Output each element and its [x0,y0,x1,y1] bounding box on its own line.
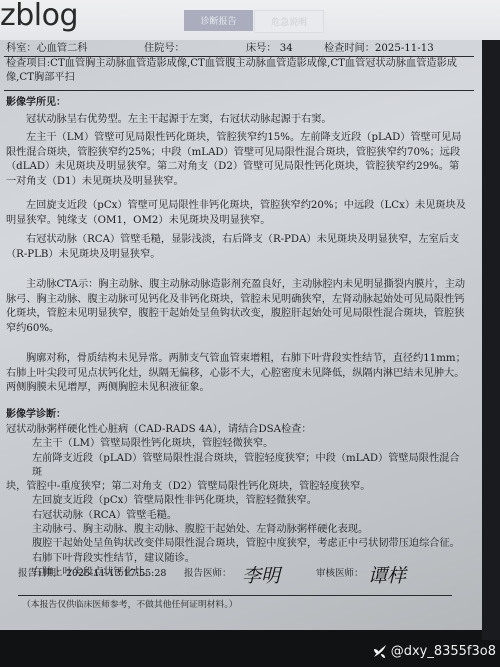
findings-title: 影像学所见： [6,96,66,110]
bed-number-field: 床号： 34 [246,42,293,56]
reviewing-physician-signature: 谭样 [368,569,406,583]
tab-diagnosis-report[interactable]: 诊断报告 [184,10,253,31]
report-date-label: 报告日期： [18,567,66,581]
diagnosis-line: 左前降支近段（pLAD）管壁局限性混合斑块，管腔轻度狭窄；中段（mLAD）管壁局… [6,452,468,481]
leaf-logo-icon [372,643,388,659]
diagnosis-line: 左主干（LM）管壁局限性钙化斑块，管腔轻微狭窄。 [6,437,468,451]
diagnosis-line: 左回旋支近段（pCx）管壁局限性非钙化斑块，管腔轻微狭窄。 [6,494,468,508]
screen-bezel [482,40,500,640]
reporting-physician-label: 报告医师： [184,567,232,581]
exam-time-field: 检查时间：2025-11-13 [324,42,434,56]
divider [4,90,474,91]
site-logo: zblog [0,0,78,33]
finding-paragraph: 主动脉CTA示：胸主动脉、腹主动脉动脉造影剂充盈良好，主动脉腔内未见明显撕裂内膜… [6,278,468,336]
finding-paragraph: 左回旋支近段（pCx）管壁可见局限性非钙化斑块，管腔狭窄约20%；中远段（LCx… [6,199,468,228]
diagnosis-line: 右肺下叶背段实性结节，建议随诊。 [6,552,468,566]
admission-number-field: 住院号： [144,42,185,56]
divider [18,595,452,596]
report-header-row: 科室：心血管二科 住院号： 床号： 34 检查时间：2025-11-13 [6,42,472,56]
watermark: @dxy_8355f3o8 [372,643,496,659]
diagnosis-line: 主动脉弓、胸主动脉、腹主动脉、腹腔干起始处、左肾动脉粥样硬化表现。 [6,523,468,537]
reviewing-physician-label: 审核医师： [316,567,364,581]
diagnosis-line: 块，管腔中-重度狭窄；第二对角支（D2）管壁局限性钙化斑块，管腔轻度狭窄。 [6,480,468,494]
finding-paragraph: 右冠状动脉（RCA）管壁毛糙，显影浅淡，右后降支（R-PDA）未见斑块及明显狭窄… [6,233,468,262]
diagnosis-line: 右冠状动脉（RCA）管壁毛糙。 [6,509,468,523]
diagnosis-list: 冠状动脉粥样硬化性心脏病（CAD-RADS 4A），请结合DSA检查： 左主干（… [6,423,468,580]
finding-paragraph: 冠状动脉呈右优势型。左主干起源于左窦，右冠状动脉起源于右窦。 [6,113,468,128]
exam-items: 检查项目:CT血管胸主动脉血管造影成像,CT血管腹主动脉血管造影成像,CT血管冠… [6,57,470,85]
reporting-physician-signature: 李明 [242,569,280,583]
diagnosis-line: 腹腔干起始处呈鱼钩状改变伴局限性混合斑块，管腔中度狭窄，考虑正中弓状韧带压迫综合… [6,537,468,551]
department-field: 科室：心血管二科 [6,42,88,56]
report-document: 科室：心血管二科 住院号： 床号： 34 检查时间：2025-11-13 检查项… [0,40,482,630]
diagnosis-line: 冠状动脉粥样硬化性心脏病（CAD-RADS 4A），请结合DSA检查： [6,423,468,437]
tab-critical-notes[interactable]: 危急说明 [254,10,324,33]
top-bar: zblog 诊断报告 危急说明 [0,0,500,40]
disclaimer: （本报告仅供临床医师参考，不做其他任何证明材料。） [22,598,238,612]
diagnosis-title: 影像学诊断： [6,408,66,422]
report-footer: 报告日期： 2025-11-13 17:55:28 报告医师： 李明 审核医师：… [18,567,472,583]
finding-paragraph: 左主干（LM）管壁可见局限性钙化斑块，管腔狭窄约15%。左前降支近段（pLAD）… [6,131,468,189]
finding-paragraph: 胸廓对称，骨质结构未见异常。两肺支气管血管束增粗，右肺下叶背段实性结节，直径约1… [6,352,468,396]
report-date: 2025-11-13 17:55:28 [66,567,166,581]
watermark-handle: @dxy_8355f3o8 [391,644,496,659]
